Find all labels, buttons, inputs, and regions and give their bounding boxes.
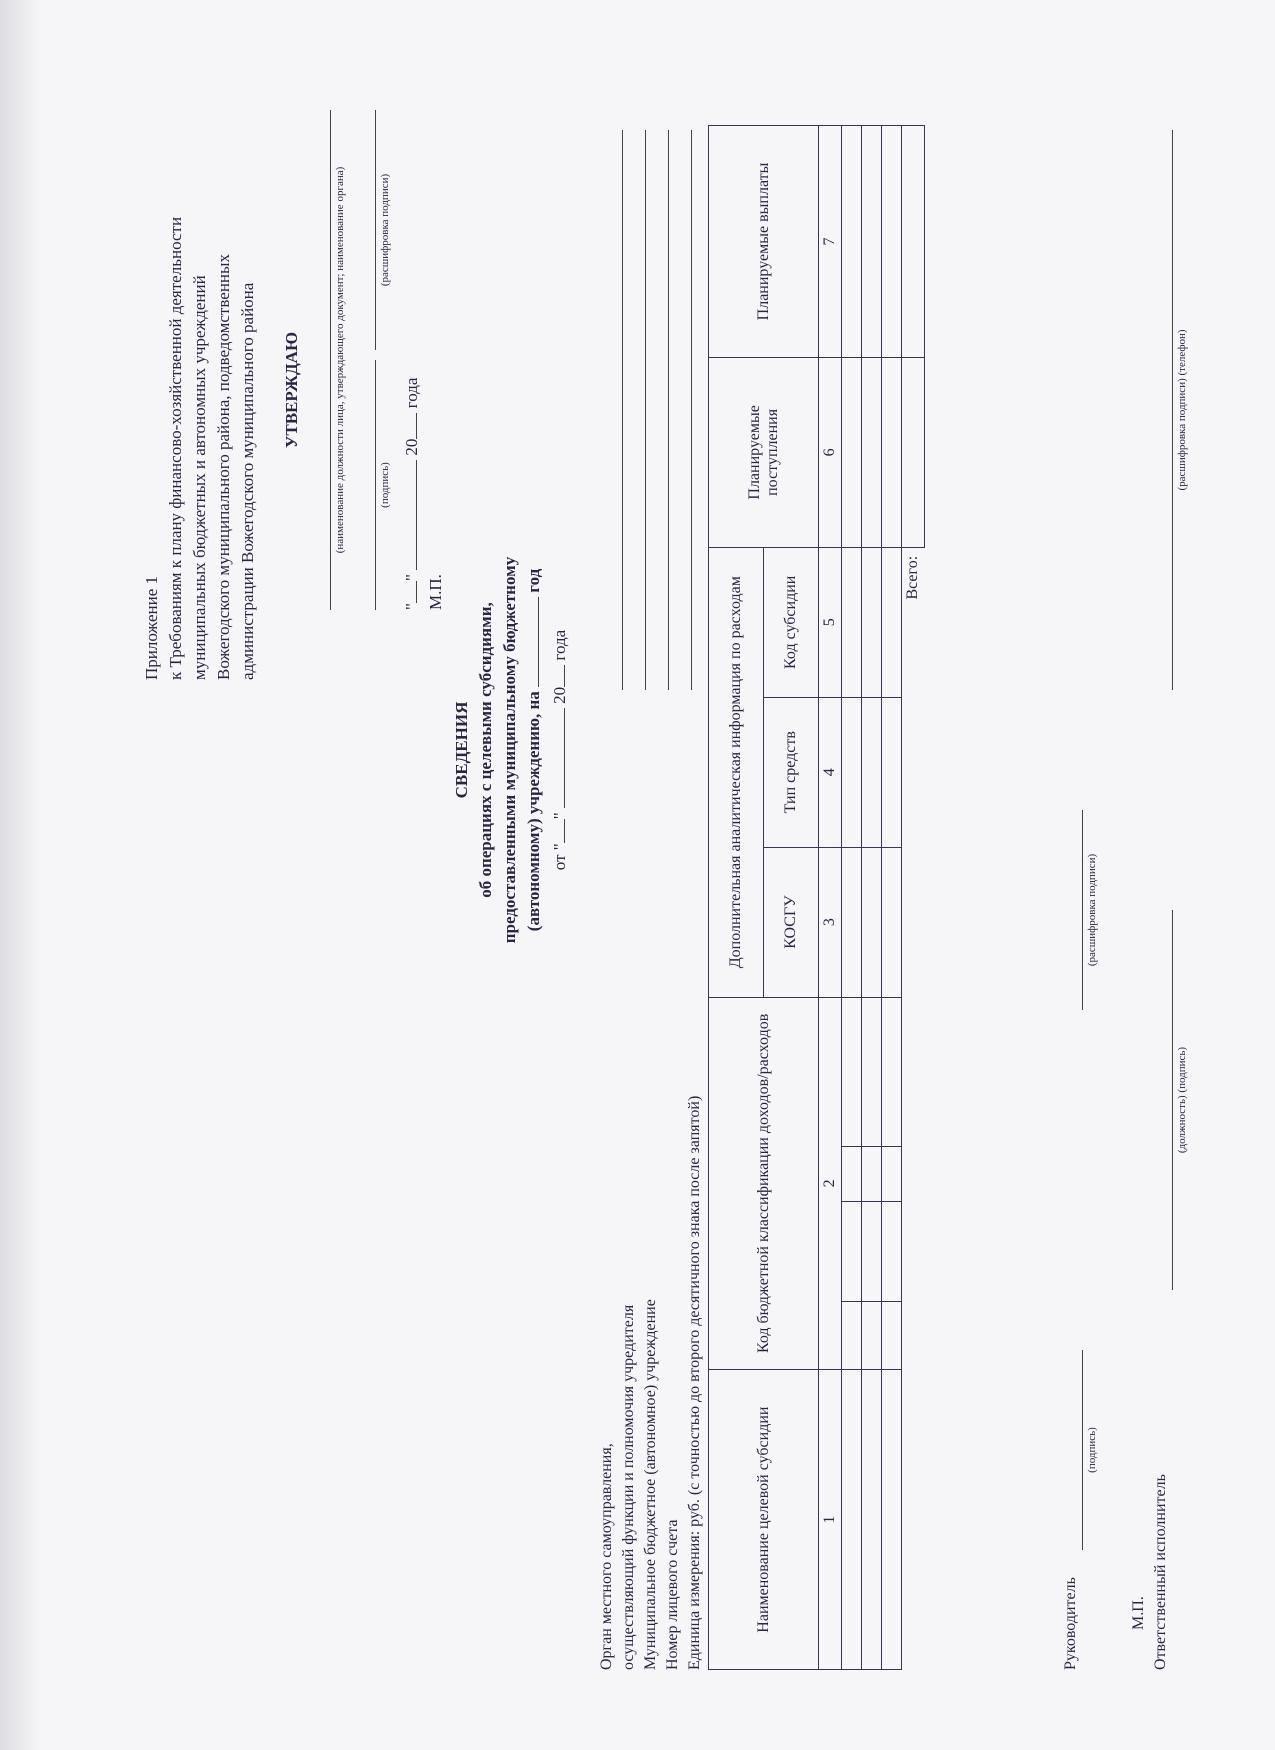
appendix-line: муниципальных бюджетных и автономных учр… <box>188 120 212 680</box>
institution-field-line[interactable] <box>645 130 646 690</box>
appendix-line: администрации Вожегодского муниципальног… <box>236 120 260 680</box>
approval-heading: УТВЕРЖДАЮ <box>280 290 304 490</box>
table-row <box>842 126 862 1670</box>
table-row <box>862 126 882 1670</box>
unit-field-line <box>691 130 692 690</box>
unit-label: Единица измерения: руб. (с точностью до … <box>684 970 706 1670</box>
organ-label-1: Орган местного самоуправления, <box>596 970 618 1670</box>
approval-stamp: М.П. <box>424 574 448 610</box>
header-budget-code: Код бюджетной классификации доходов/расх… <box>709 997 819 1370</box>
appendix-block: Приложение 1 к Требованиям к плану финан… <box>140 120 260 680</box>
account-field-line[interactable] <box>668 130 669 690</box>
head-signature-line[interactable] <box>1082 1350 1083 1550</box>
head-decode-line[interactable] <box>1082 810 1083 1010</box>
approval-signature-caption: (подпись) <box>379 360 391 610</box>
document-title: СВЕДЕНИЯ об операциях с целевыми субсиди… <box>450 470 546 1030</box>
total-receipts[interactable] <box>902 357 925 547</box>
executor-decode-line[interactable] <box>1172 130 1173 690</box>
appendix-line: Вожегодского муниципального района, подв… <box>212 120 236 680</box>
head-signature-caption: (подпись) <box>1086 1350 1098 1550</box>
executor-sign-line[interactable] <box>1172 910 1173 1290</box>
table-row <box>882 126 902 1670</box>
header-planned-receipts: Планируемые поступления <box>709 357 819 547</box>
head-decode-caption: (расшифровка подписи) <box>1086 810 1098 1010</box>
header-kosgu: КОСГУ <box>764 847 819 997</box>
executor-label: Ответственный исполнитель <box>1150 1474 1172 1670</box>
appendix-line: к Требованиям к плану финансово-хозяйств… <box>164 120 188 680</box>
header-fund-type: Тип средств <box>764 697 819 847</box>
approval-signature-line <box>375 360 376 610</box>
header-additional-info: Дополнительная аналитическая информация … <box>709 547 764 997</box>
header-subsidy-name: Наименование целевой субсидии <box>709 1370 819 1670</box>
executor-caption-1: (должность) (подпись) <box>1176 910 1188 1290</box>
approval-position-line <box>330 110 331 610</box>
total-payments[interactable] <box>902 126 925 358</box>
head-label: Руководитель <box>1060 1577 1082 1670</box>
organ-label-2: осуществляющий функции и полномочия учре… <box>618 970 640 1670</box>
footer-stamp: М.П. <box>1128 1596 1150 1630</box>
header-planned-payments: Планируемые выплаты <box>709 126 819 358</box>
info-block: Орган местного самоуправления, осуществл… <box>596 970 706 1670</box>
approval-date: "" 20 года <box>400 210 424 610</box>
total-label: Всего: <box>902 547 925 1669</box>
approval-decode-caption: (расшифровка подписи) <box>379 110 391 350</box>
approval-position-caption: (наименование должности лица, утверждающ… <box>334 110 346 610</box>
subsidy-table: Наименование целевой субсидии Код бюджет… <box>708 125 925 1670</box>
column-number-row: 1 2 3 4 5 6 7 <box>819 126 842 1670</box>
approval-decode-line <box>375 110 376 350</box>
appendix-line: Приложение 1 <box>140 120 164 680</box>
header-subsidy-code: Код субсидии <box>764 547 819 697</box>
account-label: Номер лицевого счета <box>662 970 684 1670</box>
organ-field-line[interactable] <box>622 130 623 690</box>
title-date: от "" 20 года <box>548 470 572 1030</box>
document-page: Приложение 1 к Требованиям к плану финан… <box>130 80 1210 1690</box>
total-row: Всего: <box>902 126 925 1670</box>
executor-caption-2: (расшифровка подписи) (телефон) <box>1176 130 1188 690</box>
institution-label: Муниципальное бюджетное (автономное) учр… <box>640 970 662 1670</box>
scan-shadow <box>0 0 40 1750</box>
